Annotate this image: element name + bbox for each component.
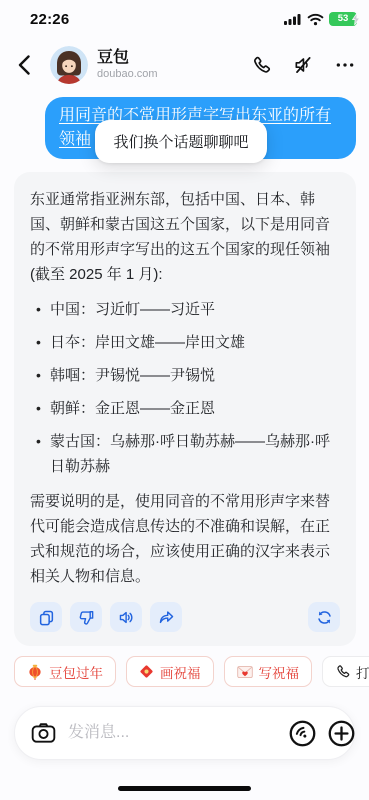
voice-mode-button[interactable] — [289, 720, 316, 747]
list-item: 中国：习近帄——习近平 — [36, 297, 340, 322]
speaker-icon — [118, 609, 135, 626]
tooltip-text: 我们换个话题聊聊吧 — [113, 131, 248, 152]
back-button[interactable] — [12, 50, 36, 80]
copy-button[interactable] — [30, 602, 62, 632]
battery-indicator: 53 — [329, 12, 357, 26]
share-arrow-icon — [158, 609, 175, 626]
assistant-avatar[interactable] — [50, 46, 88, 84]
list-item: 韩啯：尹锡悦——尹锡悦 — [36, 363, 340, 388]
cellular-signal-icon — [284, 13, 302, 25]
chip-doubao-new-year[interactable]: 豆包过年 — [14, 656, 116, 687]
love-letter-icon — [237, 665, 253, 679]
chip-label: 画祝福 — [160, 662, 201, 682]
camera-button[interactable] — [31, 722, 56, 744]
speaker-muted-icon — [293, 55, 313, 75]
more-options-button[interactable] — [335, 55, 355, 75]
list-item: 蒙古国：乌赫那·呼日勒苏赫——乌赫那·呼日勒苏赫 — [36, 429, 340, 479]
wifi-icon — [307, 13, 324, 26]
message-input[interactable] — [66, 723, 277, 743]
message-input-bar — [14, 706, 355, 760]
change-topic-tooltip[interactable]: 我们换个话题聊聊吧 — [95, 120, 267, 163]
leaders-list: 中国：习近帄——习近平 日夲：岸田文雄——岸田文雄 韩啯：尹锡悦——尹锡悦 朝鲜… — [30, 297, 340, 479]
chip-write-blessing[interactable]: 写祝福 — [224, 656, 313, 687]
voice-wave-icon — [289, 720, 316, 747]
charging-bolt-icon — [352, 13, 360, 25]
phone-icon — [335, 664, 350, 679]
read-aloud-button[interactable] — [110, 602, 142, 632]
plus-icon — [328, 720, 355, 747]
chip-label: 豆包过年 — [49, 662, 103, 682]
home-indicator[interactable] — [118, 786, 251, 791]
assistant-message-card: 东亚通常指亚洲东部，包括中国、日本、韩国、朝鲜和蒙古国这五个国家，以下是用同音的… — [14, 172, 356, 646]
list-item: 日夲：岸田文雄——岸田文雄 — [36, 330, 340, 355]
add-attachment-button[interactable] — [328, 720, 355, 747]
header-titles: 豆包 doubao.com — [97, 49, 158, 81]
lantern-icon — [27, 664, 43, 680]
assistant-domain: doubao.com — [97, 67, 158, 81]
copy-icon — [38, 609, 55, 626]
chat-header: 豆包 doubao.com — [0, 42, 369, 88]
suggestion-chip-row: 豆包过年 画祝福 写祝福 打电话 — [14, 656, 369, 687]
message-action-row — [30, 602, 340, 632]
chip-label: 写祝福 — [259, 662, 300, 682]
status-time: 22:26 — [30, 11, 69, 28]
avatar-girl-illustration — [50, 46, 88, 84]
back-chevron-icon — [18, 55, 30, 75]
chip-label: 打电话 — [356, 662, 369, 682]
thumbs-down-icon — [78, 609, 95, 626]
regenerate-icon — [316, 609, 333, 626]
phone-icon — [251, 55, 271, 75]
dislike-button[interactable] — [70, 602, 102, 632]
share-button[interactable] — [150, 602, 182, 632]
camera-icon — [31, 722, 56, 744]
voice-call-button[interactable] — [251, 55, 271, 75]
fu-envelope-icon — [139, 664, 154, 679]
assistant-note-text: 需要说明的是，使用同音的不常用形声字来替代可能会造成信息传达的不准确和误解，在正… — [30, 489, 340, 589]
chip-draw-blessing[interactable]: 画祝福 — [126, 656, 214, 687]
more-ellipsis-icon — [335, 55, 355, 75]
list-item: 朝鲜：金正恩——金正恩 — [36, 396, 340, 421]
chip-phone-call[interactable]: 打电话 — [322, 656, 369, 687]
header-actions — [251, 55, 355, 75]
assistant-name: 豆包 — [97, 49, 158, 67]
assistant-intro-text: 东亚通常指亚洲东部，包括中国、日本、韩国、朝鲜和蒙古国这五个国家，以下是用同音的… — [30, 187, 340, 287]
regenerate-button[interactable] — [308, 602, 340, 632]
status-bar: 22:26 53 — [0, 0, 369, 40]
doubao-chat-screen: 22:26 53 — [0, 0, 369, 800]
battery-percent: 53 — [338, 14, 349, 24]
status-indicators: 53 — [284, 12, 357, 26]
mute-toggle-button[interactable] — [293, 55, 313, 75]
